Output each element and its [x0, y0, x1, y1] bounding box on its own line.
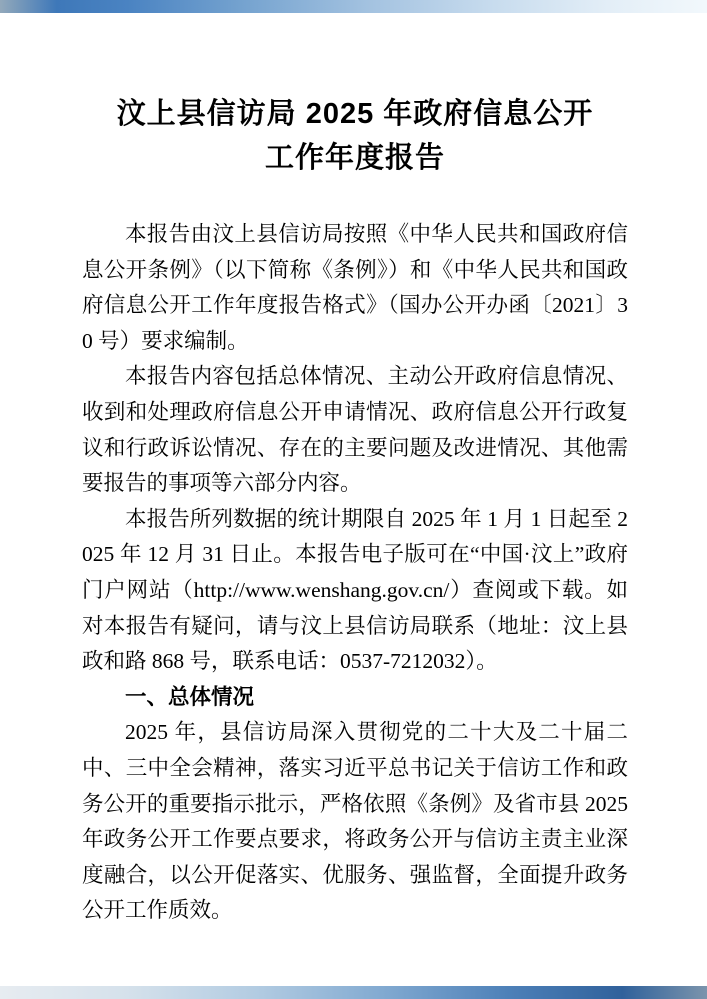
- top-decor-bar: [0, 0, 707, 13]
- paragraph-report-contents: 本报告内容包括总体情况、主动公开政府信息情况、收到和处理政府信息公开申请情况、政…: [82, 359, 628, 501]
- title-line-1: 汶上县信访局 2025 年政府信息公开: [82, 92, 628, 136]
- title-line-2: 工作年度报告: [82, 136, 628, 180]
- document-page: 汶上县信访局 2025 年政府信息公开 工作年度报告 本报告由汶上县信访局按照《…: [0, 0, 707, 999]
- document-title: 汶上县信访局 2025 年政府信息公开 工作年度报告: [82, 92, 628, 180]
- paragraph-compilation-basis: 本报告由汶上县信访局按照《中华人民共和国政府信息公开条例》（以下简称《条例》）和…: [82, 217, 628, 359]
- bottom-decor-bar: [0, 986, 707, 999]
- section-heading-overall-situation: 一、总体情况: [82, 680, 628, 716]
- paragraph-statistics-period-contact: 本报告所列数据的统计期限自 2025 年 1 月 1 日起至 2025 年 12…: [82, 502, 628, 680]
- document-content: 汶上县信访局 2025 年政府信息公开 工作年度报告 本报告由汶上县信访局按照《…: [82, 92, 628, 929]
- paragraph-overall-situation: 2025 年，县信访局深入贯彻党的二十大及二十届二中、三中全会精神，落实习近平总…: [82, 715, 628, 929]
